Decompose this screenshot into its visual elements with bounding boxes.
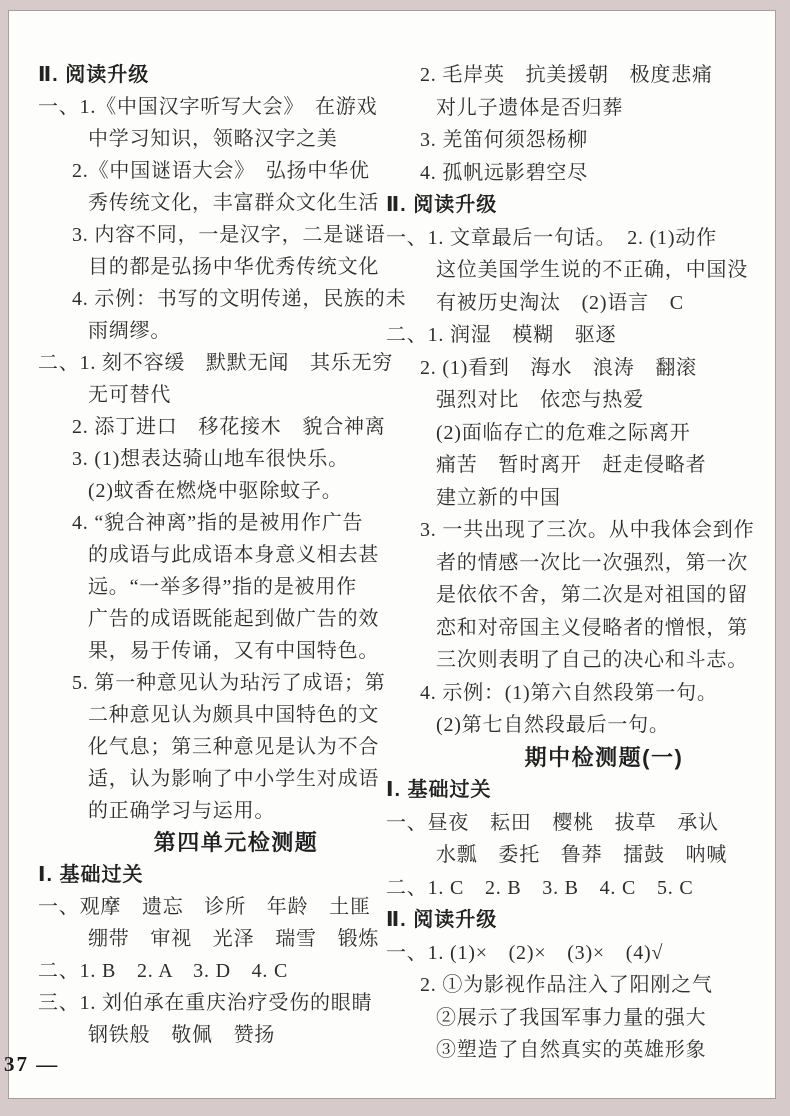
- answer-line: Ⅱ. 阅读升级: [386, 904, 778, 937]
- answer-line: 第四单元检测题: [38, 827, 390, 859]
- answer-line: 二、1. C 2. B 3. B 4. C 5. C: [386, 872, 778, 905]
- answer-line: 果，易于传诵，又有中国特色。: [38, 635, 390, 667]
- answer-line: 4. 示例：(1)第六自然段第一句。: [386, 677, 778, 710]
- answer-line: 2. ①为影视作品注入了阳刚之气: [386, 969, 778, 1002]
- answer-line: 2.《中国谜语大会》 弘扬中华优: [38, 155, 390, 187]
- answer-line: 广告的成语既能起到做广告的效: [38, 603, 390, 635]
- answer-line: 建立新的中国: [386, 482, 778, 515]
- answer-line: Ⅰ. 基础过关: [386, 774, 778, 807]
- answer-line: 目的都是弘扬中华优秀传统文化: [38, 251, 390, 283]
- answer-line: 绷带 审视 光泽 瑞雪 锻炼: [38, 923, 390, 955]
- answer-line: 一、1. (1)× (2)× (3)× (4)√: [386, 937, 778, 970]
- answer-line: 2. 添丁进口 移花接木 貌合神离: [38, 411, 390, 443]
- answer-line: 三次则表明了自己的决心和斗志。: [386, 644, 778, 677]
- answer-line: 一、1. 文章最后一句话。 2. (1)动作: [386, 222, 778, 255]
- answer-line: 4. “貌合神离”指的是被用作广告: [38, 507, 390, 539]
- answer-line: 期中检测题(一): [386, 742, 778, 775]
- answer-line: 二、1. 润湿 模糊 驱逐: [386, 319, 778, 352]
- answer-line: 秀传统文化，丰富群众文化生活: [38, 187, 390, 219]
- answer-line: 水瓢 委托 鲁莽 擂鼓 呐喊: [386, 839, 778, 872]
- answer-line: 远。“一举多得”指的是被用作: [38, 571, 390, 603]
- left-column: Ⅱ. 阅读升级一、1.《中国汉字听写大会》 在游戏中学习知识，领略汉字之美2.《…: [38, 59, 390, 1051]
- answer-line: 的正确学习与运用。: [38, 795, 390, 827]
- answer-line: ③塑造了自然真实的英雄形象: [386, 1034, 778, 1067]
- answer-line: 有被历史淘汰 (2)语言 C: [386, 287, 778, 320]
- page-number: 37 —: [4, 1052, 59, 1077]
- answer-line: 3. 羌笛何须怨杨柳: [386, 124, 778, 157]
- answer-line: 三、1. 刘伯承在重庆治疗受伤的眼睛: [38, 987, 390, 1019]
- answer-line: 是依依不舍，第二次是对祖国的留: [386, 579, 778, 612]
- answer-line: 雨绸缪。: [38, 315, 390, 347]
- right-column: 2. 毛岸英 抗美援朝 极度悲痛对儿子遗体是否归葬3. 羌笛何须怨杨柳4. 孤帆…: [386, 59, 778, 1067]
- answer-line: 3. 内容不同，一是汉字，二是谜语: [38, 219, 390, 251]
- answer-line: 3. (1)想表达骑山地车很快乐。: [38, 443, 390, 475]
- answer-line: 无可替代: [38, 379, 390, 411]
- answer-line: 4. 示例：书写的文明传递，民族的未: [38, 283, 390, 315]
- answer-line: 强烈对比 依恋与热爱: [386, 384, 778, 417]
- answer-line: 二、1. B 2. A 3. D 4. C: [38, 955, 390, 987]
- answer-line: Ⅱ. 阅读升级: [38, 59, 390, 91]
- answer-line: 钢铁般 敬佩 赞扬: [38, 1019, 390, 1051]
- answer-line: 二、1. 刻不容缓 默默无闻 其乐无穷: [38, 347, 390, 379]
- answer-line: 恋和对帝国主义侵略者的憎恨，第: [386, 612, 778, 645]
- answer-line: (2)面临存亡的危难之际离开: [386, 417, 778, 450]
- answer-line: (2)第七自然段最后一句。: [386, 709, 778, 742]
- answer-line: Ⅰ. 基础过关: [38, 859, 390, 891]
- answer-line: 这位美国学生说的不正确，中国没: [386, 254, 778, 287]
- answer-line: 者的情感一次比一次强烈，第一次: [386, 547, 778, 580]
- answer-line: 一、观摩 遗忘 诊所 年龄 土匪: [38, 891, 390, 923]
- answer-line: 痛苦 暂时离开 赶走侵略者: [386, 449, 778, 482]
- answer-line: 4. 孤帆远影碧空尽: [386, 157, 778, 190]
- answer-line: 适，认为影响了中小学生对成语: [38, 763, 390, 795]
- answer-line: 一、1.《中国汉字听写大会》 在游戏: [38, 91, 390, 123]
- answer-line: 的成语与此成语本身意义相去甚: [38, 539, 390, 571]
- answer-line: 化气息；第三种意见是认为不合: [38, 731, 390, 763]
- answer-line: 2. 毛岸英 抗美援朝 极度悲痛: [386, 59, 778, 92]
- answer-line: 一、昼夜 耘田 樱桃 拔草 承认: [386, 807, 778, 840]
- answer-line: 二种意见认为颇具中国特色的文: [38, 699, 390, 731]
- answer-line: Ⅱ. 阅读升级: [386, 189, 778, 222]
- answer-line: 2. (1)看到 海水 浪涛 翻滚: [386, 352, 778, 385]
- answer-line: 对儿子遗体是否归葬: [386, 92, 778, 125]
- answer-line: 中学习知识，领略汉字之美: [38, 123, 390, 155]
- answer-line: (2)蚊香在燃烧中驱除蚊子。: [38, 475, 390, 507]
- answer-line: 5. 第一种意见认为玷污了成语；第: [38, 667, 390, 699]
- answer-line: ②展示了我国军事力量的强大: [386, 1002, 778, 1035]
- answer-line: 3. 一共出现了三次。从中我体会到作: [386, 514, 778, 547]
